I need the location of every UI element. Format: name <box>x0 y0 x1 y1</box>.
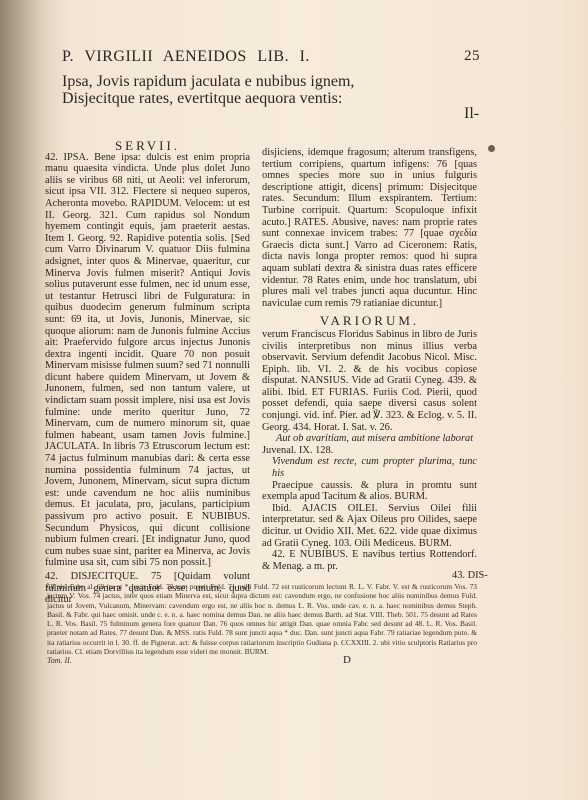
verse-catchword: Il- <box>464 105 479 123</box>
servius-heading: SERVII. <box>45 140 250 152</box>
column-catchword: 43. DIS- <box>452 570 488 581</box>
variorum-quote-2: Vivendum est recte, cum propter plurima,… <box>262 456 477 479</box>
footnotes: 68 nisi Fabr. al. 69 ita ut * Jovis Fuld… <box>47 582 477 656</box>
verse-line-1: Ipsa, Jovis rapidum jaculata e nubibus i… <box>62 73 354 90</box>
paper-blemish <box>488 145 495 152</box>
variorum-heading: VARIORUM. <box>262 315 477 327</box>
signature-mark: D <box>343 654 351 666</box>
running-title: P. VIRGILII AENEIDOS LIB. I. <box>62 48 310 65</box>
variorum-para-1: verum Franciscus Floridus Sabinus in lib… <box>262 329 477 433</box>
book-page: P. VIRGILII AENEIDOS LIB. I. 25 Ipsa, Jo… <box>0 0 588 800</box>
variorum-quote-1: Aut ob avaritiam, aut misera ambitione l… <box>262 433 477 445</box>
verse-line-2: Disjecitque rates, evertitque aequora ve… <box>62 90 342 107</box>
page-number: 25 <box>464 48 480 65</box>
volume-mark: Tom. II. <box>47 656 72 665</box>
variorum-para-2: Praecipue caussis. & plura in promtu sun… <box>262 480 477 503</box>
variorum-para-3: Ibid. AJACIS OILEI. Servius Oilei filii … <box>262 503 477 549</box>
variorum-cite-1: Juvenal. IX. 128. <box>262 445 477 457</box>
right-column: disjiciens, idemque fragosum; alterum tr… <box>262 147 477 572</box>
servius-column: SERVII. 42. IPSA. Bene ipsa: dulcis est … <box>45 140 250 606</box>
running-header: P. VIRGILII AENEIDOS LIB. I. 25 <box>62 48 542 66</box>
servius-commentary: 42. IPSA. Bene ipsa: dulcis est enim pro… <box>45 152 250 569</box>
variorum-para-4: 42. E NUBIBUS. E navibus tertius Rottend… <box>262 549 477 572</box>
servius-continued: disjiciens, idemque fragosum; alterum tr… <box>262 147 477 309</box>
